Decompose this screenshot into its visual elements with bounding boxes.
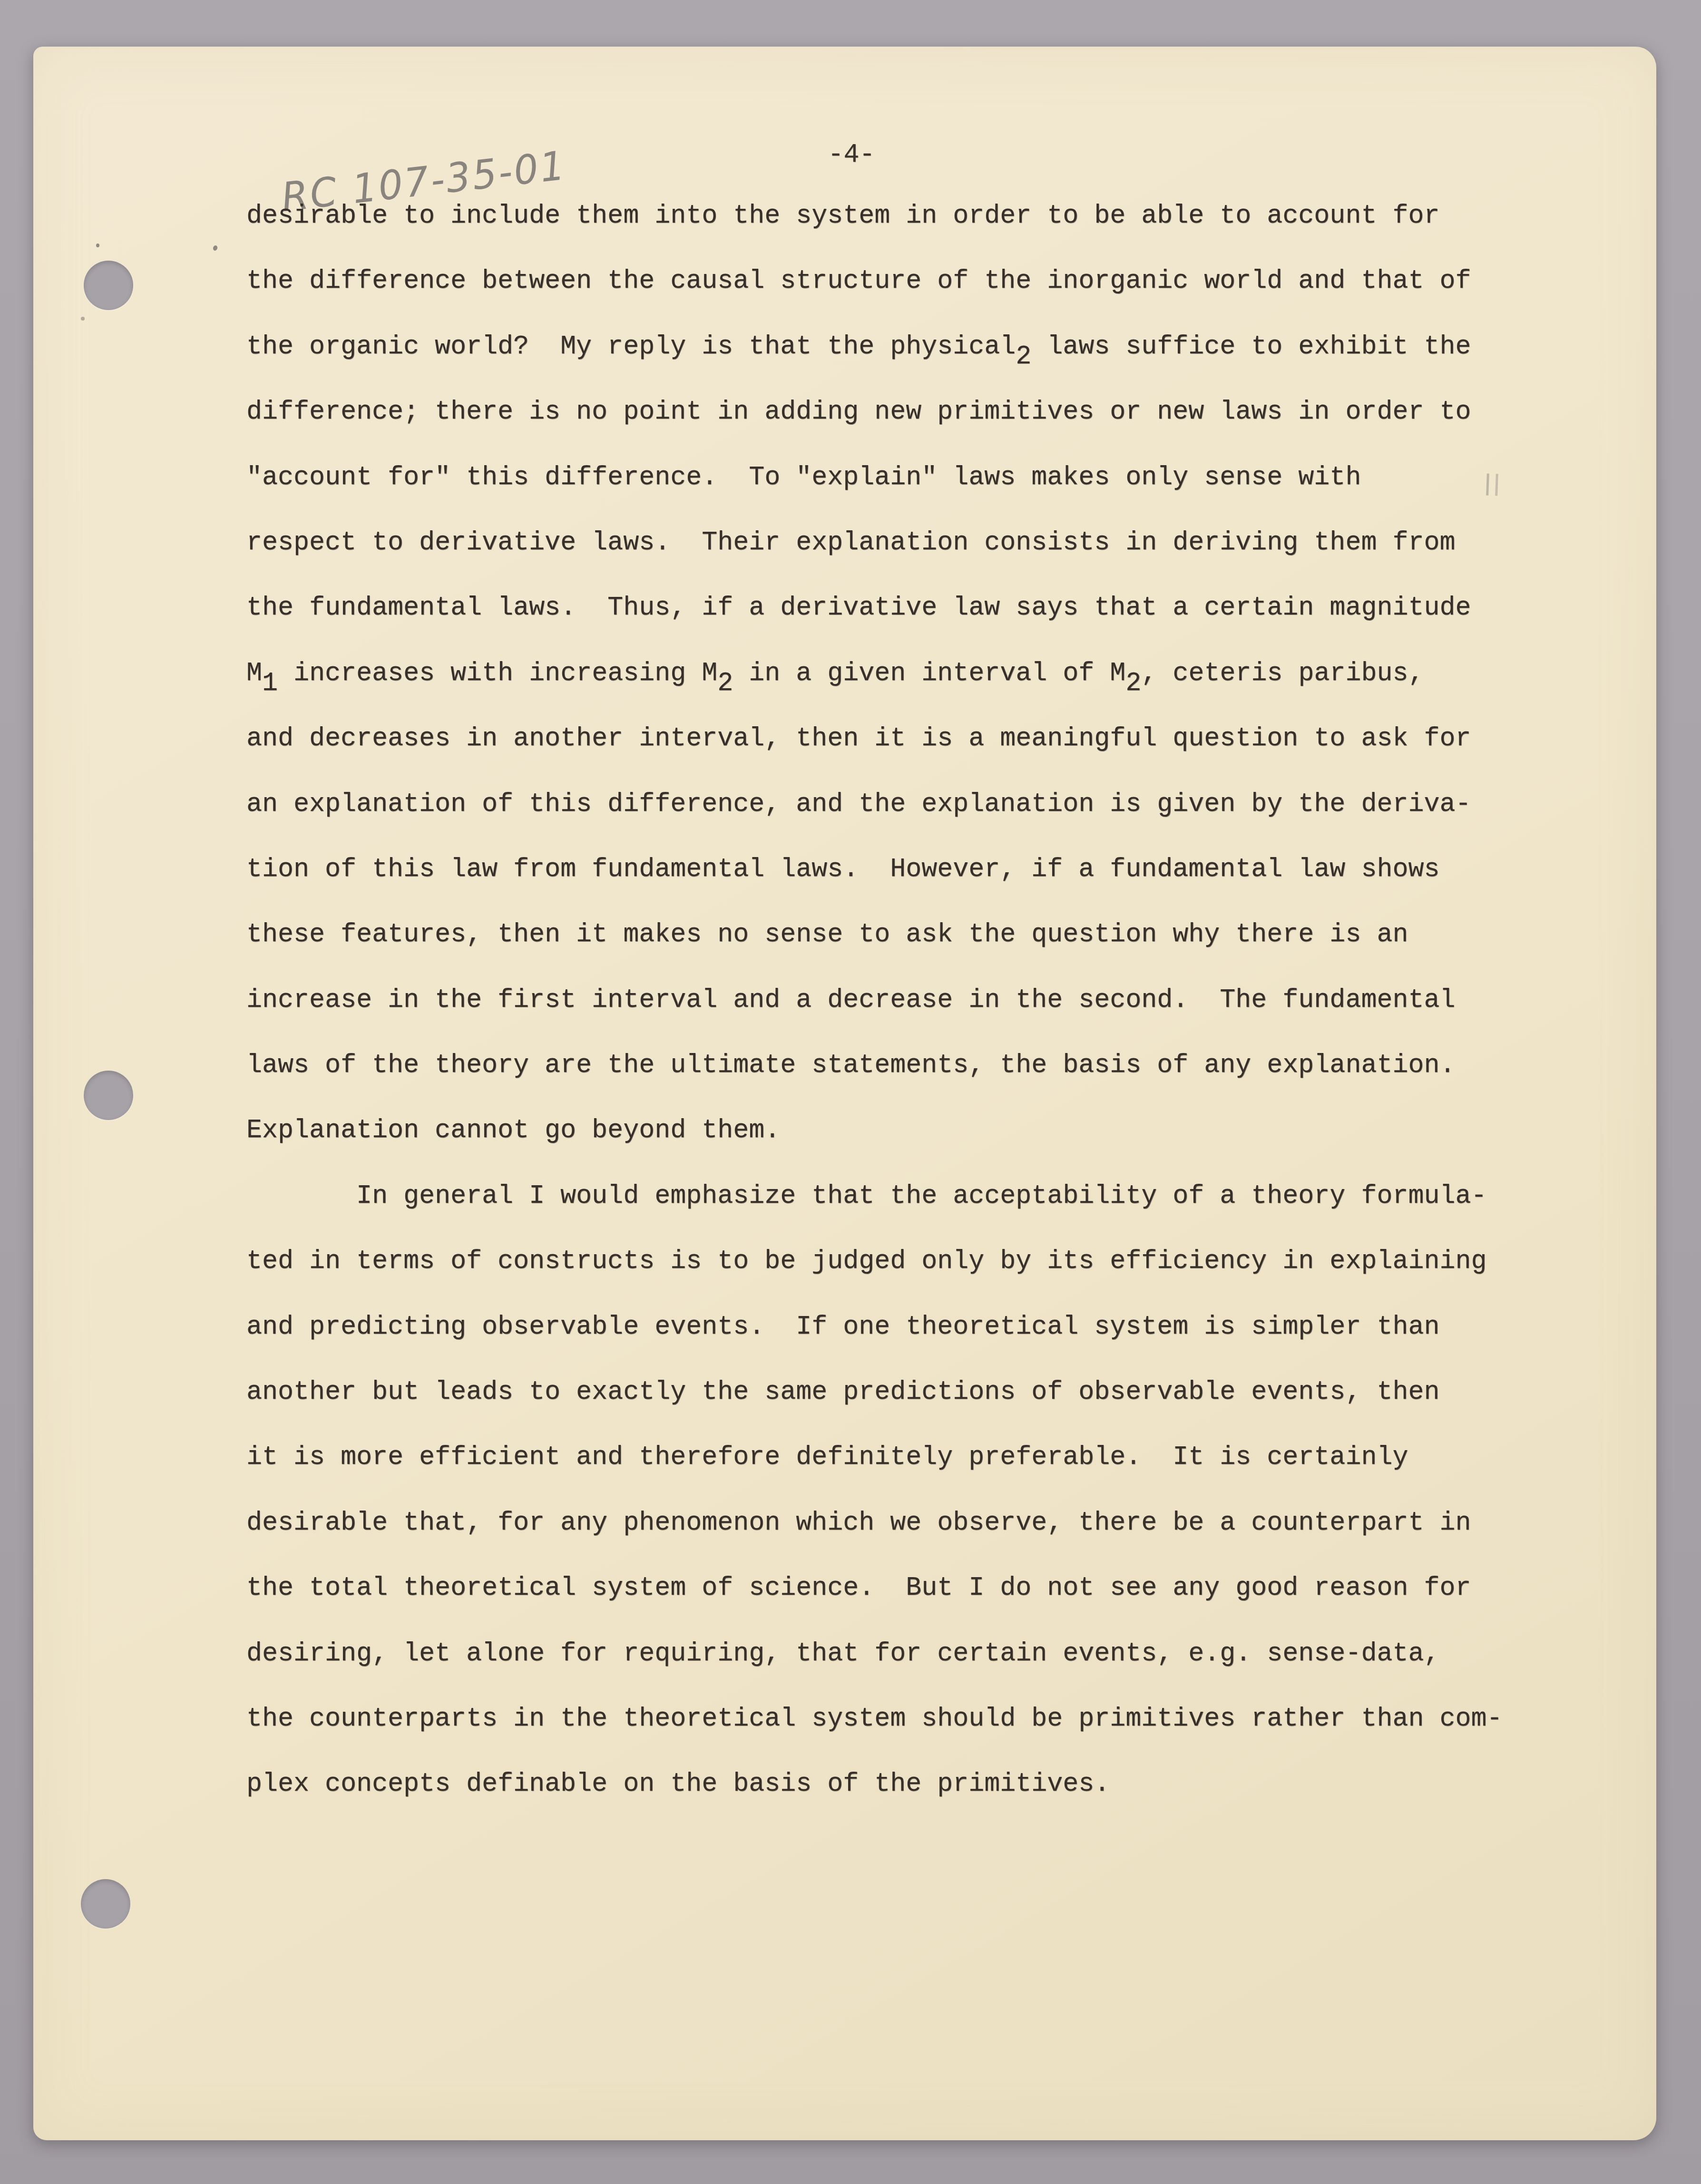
text-line: laws of the theory are the ultimate stat… — [246, 1033, 1559, 1098]
text-line: desiring, let alone for requiring, that … — [246, 1621, 1559, 1686]
text-line: desirable that, for any phenomenon which… — [246, 1490, 1559, 1555]
text-line: "account for" this difference. To "expla… — [246, 445, 1559, 510]
pencil-speck — [212, 245, 218, 251]
subscript: 2 — [1016, 341, 1031, 371]
subscript: 1 — [262, 668, 278, 698]
text-line: ted in terms of constructs is to be judg… — [246, 1228, 1559, 1294]
text-line: respect to derivative laws. Their explan… — [246, 510, 1559, 575]
punch-hole-bottom — [81, 1879, 130, 1929]
pencil-speck — [96, 244, 99, 247]
text-line: the fundamental laws. Thus, if a derivat… — [246, 575, 1559, 640]
text-line: the counterparts in the theoretical syst… — [246, 1686, 1559, 1751]
text-line: increase in the first interval and a dec… — [246, 967, 1559, 1033]
text-line: the total theoretical system of science.… — [246, 1555, 1559, 1620]
text-line: and predicting observable events. If one… — [246, 1294, 1559, 1359]
punch-hole-top — [84, 261, 133, 310]
text-line: the difference between the causal struct… — [246, 248, 1559, 313]
subscript: 2 — [1125, 668, 1141, 698]
text-line: it is more efficient and therefore defin… — [246, 1424, 1559, 1490]
text-line: M1 increases with increasing M2 in a giv… — [246, 641, 1559, 706]
stray-pencil-mark — [1486, 474, 1498, 496]
punch-hole-middle — [84, 1071, 133, 1120]
text-line: tion of this law from fundamental laws. … — [246, 837, 1559, 902]
text-line: an explanation of this difference, and t… — [246, 771, 1559, 837]
text-line: Explanation cannot go beyond them. — [246, 1098, 1559, 1163]
text-line: difference; there is no point in adding … — [246, 379, 1559, 444]
scan-backdrop: RC 107-35-01 -4- desirable to include th… — [0, 0, 1701, 2184]
text-line: the organic world? My reply is that the … — [246, 314, 1559, 379]
text-line: desirable to include them into the syste… — [246, 183, 1559, 248]
text-line: and decreases in another interval, then … — [246, 706, 1559, 771]
pencil-speck — [81, 317, 85, 321]
text-line: plex concepts definable on the basis of … — [246, 1751, 1559, 1816]
document-page: RC 107-35-01 -4- desirable to include th… — [33, 47, 1656, 2140]
text-block: desirable to include them into the syste… — [246, 183, 1559, 1817]
page-number: -4- — [785, 140, 918, 170]
subscript: 2 — [717, 668, 733, 698]
text-line: another but leads to exactly the same pr… — [246, 1359, 1559, 1424]
text-line: In general I would emphasize that the ac… — [246, 1163, 1559, 1228]
text-line: these features, then it makes no sense t… — [246, 902, 1559, 967]
